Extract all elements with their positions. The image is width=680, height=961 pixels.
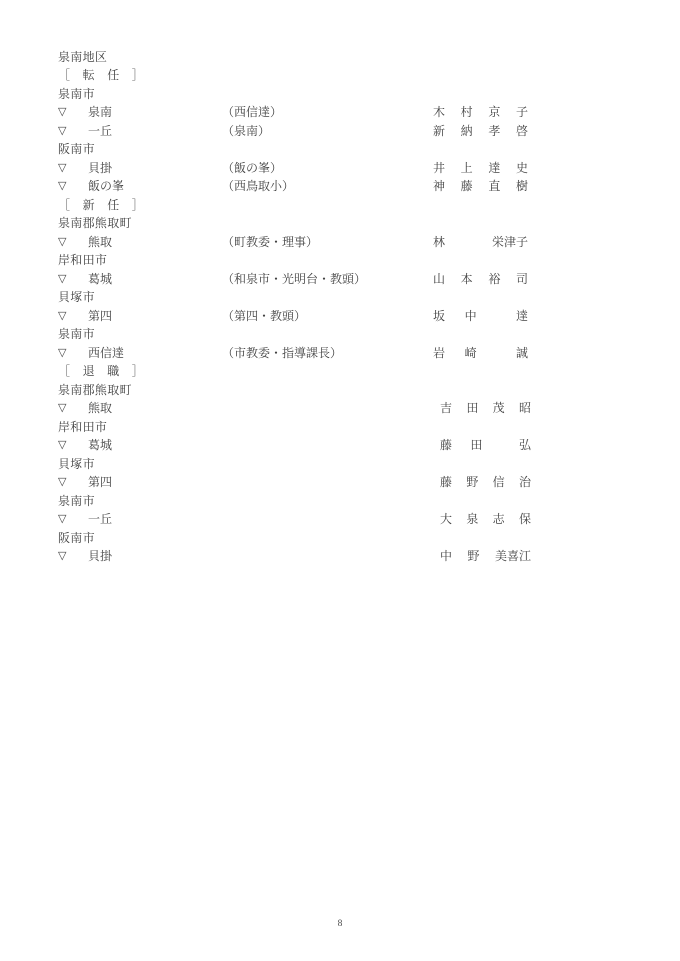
name-part: 山 bbox=[433, 270, 445, 289]
section-heading: ［ 退 職 ］ bbox=[58, 362, 538, 381]
school-name: 熊取 bbox=[88, 233, 112, 252]
person-name: 坂中達 bbox=[433, 307, 528, 326]
triangle-marker: ▽ bbox=[58, 103, 66, 122]
name-part: 史 bbox=[516, 159, 528, 178]
section-heading: ［ 新 任 ］ bbox=[58, 196, 538, 215]
school-name: 貝掛 bbox=[88, 159, 112, 178]
previous-post: （和泉市・光明台・教頭） bbox=[222, 270, 366, 289]
entry-row: ▽飯の峯（西鳥取小）神藤直樹 bbox=[58, 177, 538, 196]
name-part: 村 bbox=[461, 103, 473, 122]
triangle-marker: ▽ bbox=[58, 177, 66, 196]
name-part: 吉 bbox=[440, 399, 452, 418]
municipality-name: 貝塚市 bbox=[58, 288, 538, 307]
name-part: 栄津子 bbox=[492, 233, 528, 252]
sections-container: ［ 転 任 ］泉南市▽泉南（西信達）木村京子▽一丘（泉南）新納孝啓阪南市▽貝掛（… bbox=[58, 66, 538, 566]
municipality-name: 阪南市 bbox=[58, 529, 538, 548]
previous-post: （町教委・理事） bbox=[222, 233, 318, 252]
name-part: 泉 bbox=[466, 510, 478, 529]
name-part: 藤 bbox=[461, 177, 473, 196]
previous-post: （泉南） bbox=[222, 122, 270, 141]
name-part: 木 bbox=[433, 103, 445, 122]
entry-row: ▽熊取吉田茂昭 bbox=[58, 399, 538, 418]
previous-post: （西信達） bbox=[222, 103, 282, 122]
name-part: 保 bbox=[519, 510, 531, 529]
name-part: 啓 bbox=[516, 122, 528, 141]
name-part: 田 bbox=[466, 399, 478, 418]
region-title: 泉南地区 bbox=[58, 48, 538, 67]
municipality-name: 泉南郡熊取町 bbox=[58, 381, 538, 400]
name-part: 坂 bbox=[433, 307, 445, 326]
name-part: 子 bbox=[516, 103, 528, 122]
name-part: 昭 bbox=[519, 399, 531, 418]
name-part: 美喜江 bbox=[495, 547, 531, 566]
page-number: 8 bbox=[0, 918, 680, 930]
person-name: 山本裕司 bbox=[433, 270, 528, 289]
entry-row: ▽一丘（泉南）新納孝啓 bbox=[58, 122, 538, 141]
municipality-name: 泉南市 bbox=[58, 325, 538, 344]
triangle-marker: ▽ bbox=[58, 436, 66, 455]
name-part: 納 bbox=[461, 122, 473, 141]
school-name: 第四 bbox=[88, 307, 112, 326]
name-part: 達 bbox=[488, 159, 500, 178]
person-name: 木村京子 bbox=[433, 103, 528, 122]
entry-row: ▽第四（第四・教頭）坂中達 bbox=[58, 307, 538, 326]
triangle-marker: ▽ bbox=[58, 233, 66, 252]
name-part: 野 bbox=[466, 473, 478, 492]
municipality-name: 泉南市 bbox=[58, 492, 538, 511]
person-name: 新納孝啓 bbox=[433, 122, 528, 141]
previous-post: （市教委・指導課長） bbox=[222, 344, 342, 363]
name-part: 誠 bbox=[516, 344, 528, 363]
name-part: 林 bbox=[433, 233, 445, 252]
entry-row: ▽西信達（市教委・指導課長）岩崎誠 bbox=[58, 344, 538, 363]
name-part: 上 bbox=[461, 159, 473, 178]
triangle-marker: ▽ bbox=[58, 307, 66, 326]
name-part: 治 bbox=[519, 473, 531, 492]
school-name: 熊取 bbox=[88, 399, 112, 418]
person-name: 神藤直樹 bbox=[433, 177, 528, 196]
municipality-name: 泉南市 bbox=[58, 85, 538, 104]
municipality-name: 泉南郡熊取町 bbox=[58, 214, 538, 233]
school-name: 一丘 bbox=[88, 122, 112, 141]
name-part: 樹 bbox=[516, 177, 528, 196]
entry-row: ▽貝掛中野美喜江 bbox=[58, 547, 538, 566]
previous-post: （西鳥取小） bbox=[222, 177, 294, 196]
triangle-marker: ▽ bbox=[58, 159, 66, 178]
person-name: 藤田弘 bbox=[440, 436, 531, 455]
school-name: 葛城 bbox=[88, 436, 112, 455]
school-name: 一丘 bbox=[88, 510, 112, 529]
municipality-name: 貝塚市 bbox=[58, 455, 538, 474]
name-part: 本 bbox=[461, 270, 473, 289]
name-part: 直 bbox=[488, 177, 500, 196]
school-name: 西信達 bbox=[88, 344, 124, 363]
name-part: 藤 bbox=[440, 473, 452, 492]
triangle-marker: ▽ bbox=[58, 547, 66, 566]
municipality-name: 岸和田市 bbox=[58, 251, 538, 270]
name-part: 茂 bbox=[493, 399, 505, 418]
school-name: 貝掛 bbox=[88, 547, 112, 566]
person-name: 井上達史 bbox=[433, 159, 528, 178]
school-name: 飯の峯 bbox=[88, 177, 124, 196]
name-part: 裕 bbox=[488, 270, 500, 289]
triangle-marker: ▽ bbox=[58, 399, 66, 418]
name-part: 大 bbox=[440, 510, 452, 529]
name-part: 弘 bbox=[519, 436, 531, 455]
entry-row: ▽一丘大泉志保 bbox=[58, 510, 538, 529]
name-part: 崎 bbox=[465, 344, 477, 363]
name-part: 司 bbox=[516, 270, 528, 289]
triangle-marker: ▽ bbox=[58, 270, 66, 289]
triangle-marker: ▽ bbox=[58, 473, 66, 492]
name-part: 中 bbox=[465, 307, 477, 326]
municipality-name: 岸和田市 bbox=[58, 418, 538, 437]
person-name: 藤野信治 bbox=[440, 473, 531, 492]
triangle-marker: ▽ bbox=[58, 122, 66, 141]
previous-post: （飯の峯） bbox=[222, 159, 282, 178]
person-name: 林栄津子 bbox=[433, 233, 528, 252]
personnel-list: 泉南地区 ［ 転 任 ］泉南市▽泉南（西信達）木村京子▽一丘（泉南）新納孝啓阪南… bbox=[58, 48, 538, 566]
name-part: 中 bbox=[440, 547, 452, 566]
document-page: 泉南地区 ［ 転 任 ］泉南市▽泉南（西信達）木村京子▽一丘（泉南）新納孝啓阪南… bbox=[0, 0, 680, 961]
name-part: 神 bbox=[433, 177, 445, 196]
entry-row: ▽第四藤野信治 bbox=[58, 473, 538, 492]
name-part: 新 bbox=[433, 122, 445, 141]
name-part: 信 bbox=[493, 473, 505, 492]
name-part: 達 bbox=[516, 307, 528, 326]
name-part: 岩 bbox=[433, 344, 445, 363]
name-part: 京 bbox=[488, 103, 500, 122]
triangle-marker: ▽ bbox=[58, 344, 66, 363]
name-part: 孝 bbox=[488, 122, 500, 141]
person-name: 岩崎誠 bbox=[433, 344, 528, 363]
person-name: 中野美喜江 bbox=[440, 547, 531, 566]
name-part: 井 bbox=[433, 159, 445, 178]
school-name: 第四 bbox=[88, 473, 112, 492]
previous-post: （第四・教頭） bbox=[222, 307, 306, 326]
entry-row: ▽葛城（和泉市・光明台・教頭）山本裕司 bbox=[58, 270, 538, 289]
entry-row: ▽葛城藤田弘 bbox=[58, 436, 538, 455]
school-name: 葛城 bbox=[88, 270, 112, 289]
name-part: 田 bbox=[470, 436, 482, 455]
school-name: 泉南 bbox=[88, 103, 112, 122]
name-part: 野 bbox=[467, 547, 479, 566]
municipality-name: 阪南市 bbox=[58, 140, 538, 159]
entry-row: ▽熊取（町教委・理事）林栄津子 bbox=[58, 233, 538, 252]
section-heading: ［ 転 任 ］ bbox=[58, 66, 538, 85]
entry-row: ▽貝掛（飯の峯）井上達史 bbox=[58, 159, 538, 178]
person-name: 大泉志保 bbox=[440, 510, 531, 529]
person-name: 吉田茂昭 bbox=[440, 399, 531, 418]
entry-row: ▽泉南（西信達）木村京子 bbox=[58, 103, 538, 122]
triangle-marker: ▽ bbox=[58, 510, 66, 529]
name-part: 藤 bbox=[440, 436, 452, 455]
name-part: 志 bbox=[493, 510, 505, 529]
